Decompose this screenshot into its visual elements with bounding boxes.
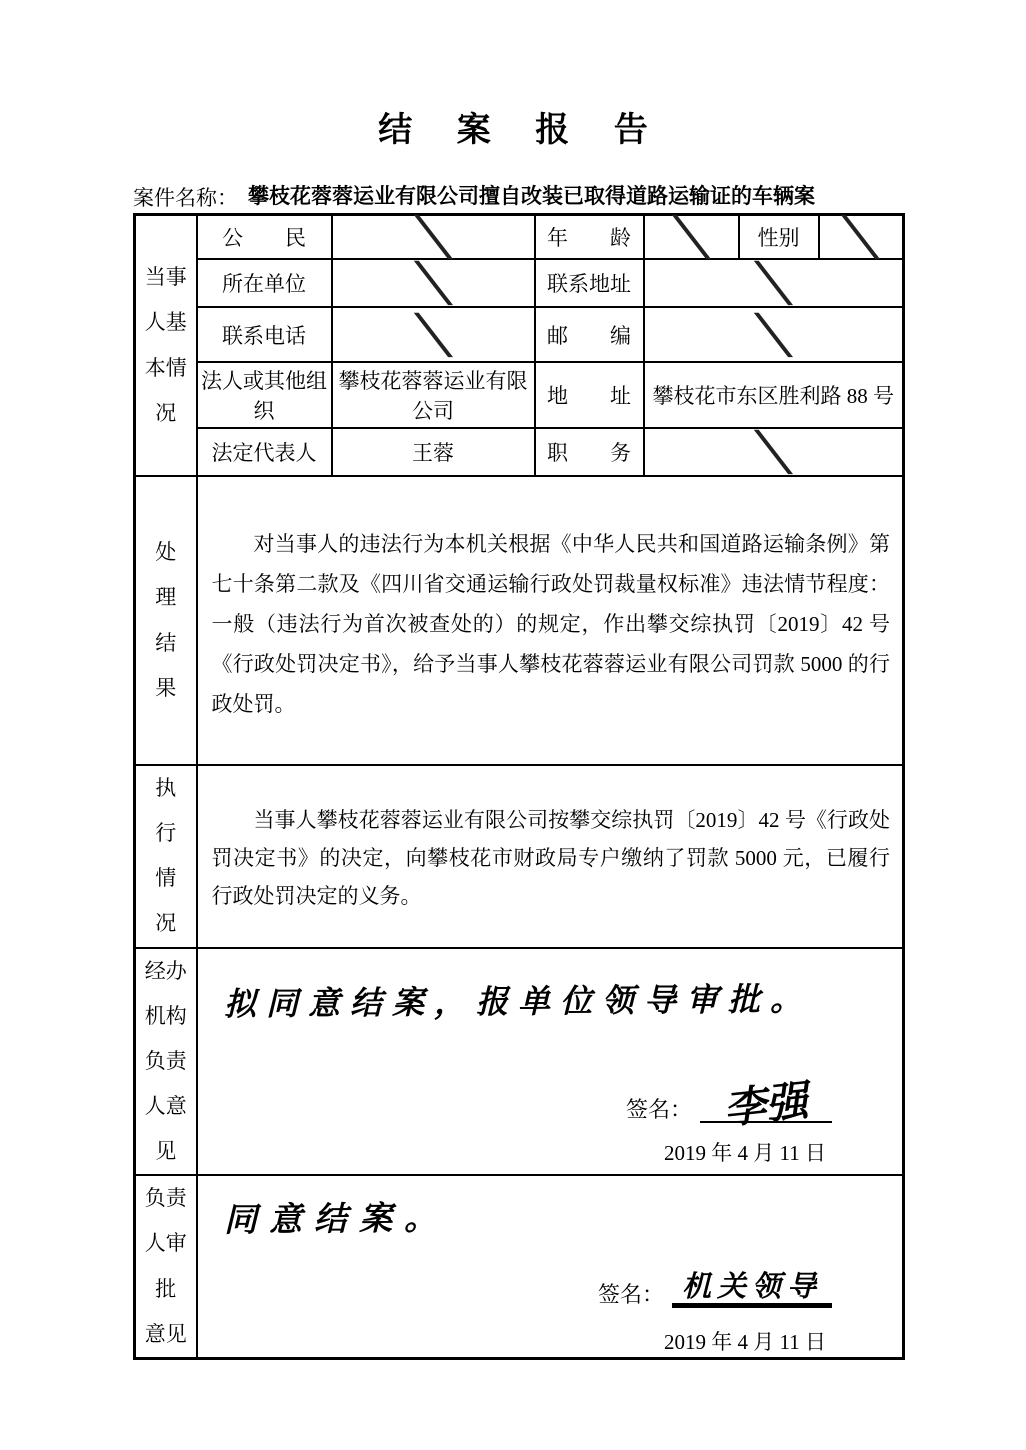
signature-label: 签名： [598,1281,664,1306]
document-page: 结 案 报 告 案件名称： 攀枝花蓉蓉运业有限公司擅自改装已取得道路运输证的车辆… [0,0,1026,1450]
handler-signature-row: 签名：李强 [198,1084,833,1124]
execution-status-text: 当事人攀枝花蓉蓉运业有限公司按攀交综执罚〔2019〕42 号《行政处罚决定书》的… [212,801,891,915]
table-row: 负责 人审 批 意见 同意结案。 签名：机关领导 2019 年 4 月 11 日 [135,1175,904,1358]
field-label-work-unit: 所在单位 [197,259,332,307]
handler-opinion-comment: 拟同意结案，报单位领导审批。 [223,973,902,1025]
handler-date: 2019 年 4 月 11 日 [198,1137,827,1167]
field-label-contact-address: 联系地址 [535,259,644,307]
table-row: 法定代表人 王蓉 职 务 ╲ [135,428,904,476]
handler-opinion-cell: 拟同意结案，报单位领导审批。 签名：李强 2019 年 4 月 11 日 [197,948,904,1176]
case-report-form-table: 当事 人基 本情 况 公 民 ╲ 年 龄 ╲ 性别 ╲ 所在单位 ╲ 联系地址 … [133,213,905,1360]
field-value-legal-rep: 王蓉 [332,428,535,476]
leader-approval-cell: 同意结案。 签名：机关领导 2019 年 4 月 11 日 [197,1175,904,1358]
execution-status-cell: 当事人攀枝花蓉蓉运业有限公司按攀交综执罚〔2019〕42 号《行政处罚决定书》的… [197,765,904,948]
case-name-row: 案件名称： 攀枝花蓉蓉运业有限公司擅自改装已取得道路运输证的车辆案 [133,180,905,215]
field-label-address: 地 址 [535,362,644,428]
table-row: 法人或其他组织 攀枝花蓉蓉运业有限公司 地 址 攀枝花市东区胜利路 88 号 [135,362,904,428]
handling-result-cell: 对当事人的违法行为本机关根据《中华人民共和国道路运输条例》第七十条第二款及《四川… [197,476,904,765]
leader-signature-row: 签名：机关领导 [198,1272,833,1309]
field-value-citizen: ╲ [332,215,535,260]
section-label-handler-opinion: 经办 机构 负责 人意 见 [135,948,197,1176]
table-row: 联系电话 ╲ 邮 编 ╲ [135,307,904,362]
slash-mark: ╲ [416,218,450,256]
slash-mark: ╲ [844,218,878,256]
field-value-position: ╲ [644,428,904,476]
slash-mark: ╲ [756,433,790,471]
field-label-legal-rep: 法定代表人 [197,428,332,476]
table-row: 当事 人基 本情 况 公 民 ╲ 年 龄 ╲ 性别 ╲ [135,215,904,260]
field-label-position: 职 务 [535,428,644,476]
field-label-phone: 联系电话 [197,307,332,362]
table-row: 经办 机构 负责 人意 见 拟同意结案，报单位领导审批。 签名：李强 2019 … [135,948,904,1176]
leader-approval-comment: 同意结案。 [223,1188,902,1241]
field-label-citizen: 公 民 [197,215,332,260]
field-label-postcode: 邮 编 [535,307,644,362]
section-label-handling-result: 处 理 结 果 [135,476,197,765]
field-value-age: ╲ [644,215,739,260]
section-label-execution-status: 执 行 情 况 [135,765,197,948]
case-name-label: 案件名称： [133,182,238,215]
handling-result-text: 对当事人的违法行为本机关根据《中华人民共和国道路运输条例》第七十条第二款及《四川… [212,524,891,724]
field-value-work-unit: ╲ [332,259,535,307]
slash-mark: ╲ [416,316,450,354]
document-title: 结 案 报 告 [0,102,1026,151]
leader-date: 2019 年 4 月 11 日 [198,1326,827,1356]
table-row: 处 理 结 果 对当事人的违法行为本机关根据《中华人民共和国道路运输条例》第七十… [135,476,904,765]
section-label-party-info: 当事 人基 本情 况 [135,215,197,477]
field-value-phone: ╲ [332,307,535,362]
slash-mark: ╲ [756,264,790,302]
slash-mark: ╲ [756,316,790,354]
field-value-legal-org: 攀枝花蓉蓉运业有限公司 [332,362,535,428]
signature-line: 机关领导 [672,1272,832,1309]
table-row: 执 行 情 况 当事人攀枝花蓉蓉运业有限公司按攀交综执罚〔2019〕42 号《行… [135,765,904,948]
section-label-leader-approval: 负责 人审 批 意见 [135,1175,197,1358]
field-label-age: 年 龄 [535,215,644,260]
signature-line: 李强 [700,1084,832,1124]
slash-mark: ╲ [674,218,708,256]
leader-signature: 机关领导 [682,1272,822,1304]
table-row: 所在单位 ╲ 联系地址 ╲ [135,259,904,307]
field-label-gender: 性别 [739,215,819,260]
field-value-postcode: ╲ [644,307,904,362]
case-name-value: 攀枝花蓉蓉运业有限公司擅自改装已取得道路运输证的车辆案 [238,180,905,215]
field-value-address: 攀枝花市东区胜利路 88 号 [644,362,904,428]
signature-label: 签名： [626,1096,692,1121]
field-value-contact-address: ╲ [644,259,904,307]
slash-mark: ╲ [416,264,450,302]
field-value-gender: ╲ [819,215,904,260]
field-label-legal-org: 法人或其他组织 [197,362,332,428]
handler-signature: 李强 [722,1083,810,1129]
